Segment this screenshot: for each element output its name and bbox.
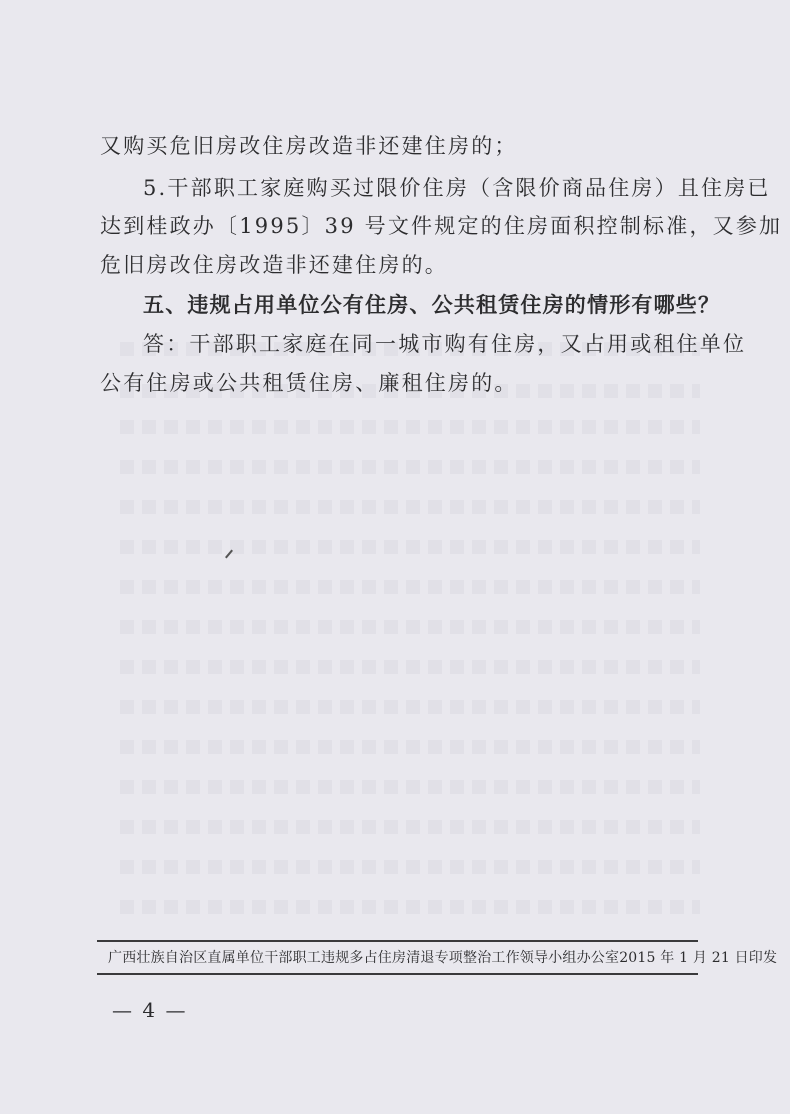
document-page: 又购买危旧房改住房改造非还建住房的； 5.干部职工家庭购买过限价住房（含限价商品… bbox=[0, 0, 790, 1114]
answer-line: 答：干部职工家庭在同一城市购有住房，又占用或租住单位 bbox=[143, 330, 743, 358]
bleed-through bbox=[120, 740, 700, 754]
bleed-through bbox=[120, 820, 700, 834]
bleed-through bbox=[120, 660, 700, 674]
page-number: — 4 — bbox=[112, 998, 187, 1022]
bleed-through bbox=[120, 620, 700, 634]
footer-bottom-rule bbox=[97, 973, 698, 975]
bleed-through bbox=[120, 700, 700, 714]
bleed-through bbox=[120, 860, 700, 874]
body-line: 达到桂政办〔1995〕39 号文件规定的住房面积控制标准，又参加 bbox=[100, 212, 700, 240]
footer-issuer: 广西壮族自治区直属单位干部职工违规多占住房清退专项整治工作领导小组办公室 bbox=[108, 947, 619, 967]
bleed-through bbox=[120, 540, 700, 554]
bleed-through bbox=[120, 900, 700, 914]
body-line: 又购买危旧房改住房改造非还建住房的； bbox=[100, 132, 700, 160]
bleed-through bbox=[120, 460, 700, 474]
bleed-through bbox=[120, 420, 700, 434]
bleed-through bbox=[120, 780, 700, 794]
section-heading: 五、违规占用单位公有住房、公共租赁住房的情形有哪些？ bbox=[143, 291, 743, 319]
footer-date: 2015 年 1 月 21 日印发 bbox=[619, 947, 777, 967]
answer-line: 公有住房或公共租赁住房、廉租住房的。 bbox=[100, 369, 700, 397]
body-line: 5.干部职工家庭购买过限价住房（含限价商品住房）且住房已 bbox=[143, 174, 743, 202]
bleed-through bbox=[120, 580, 700, 594]
footer-top-rule bbox=[97, 940, 698, 942]
bleed-through bbox=[120, 500, 700, 514]
body-line: 危旧房改住房改造非还建住房的。 bbox=[100, 251, 700, 279]
footer: 广西壮族自治区直属单位干部职工违规多占住房清退专项整治工作领导小组办公室 201… bbox=[108, 947, 698, 967]
